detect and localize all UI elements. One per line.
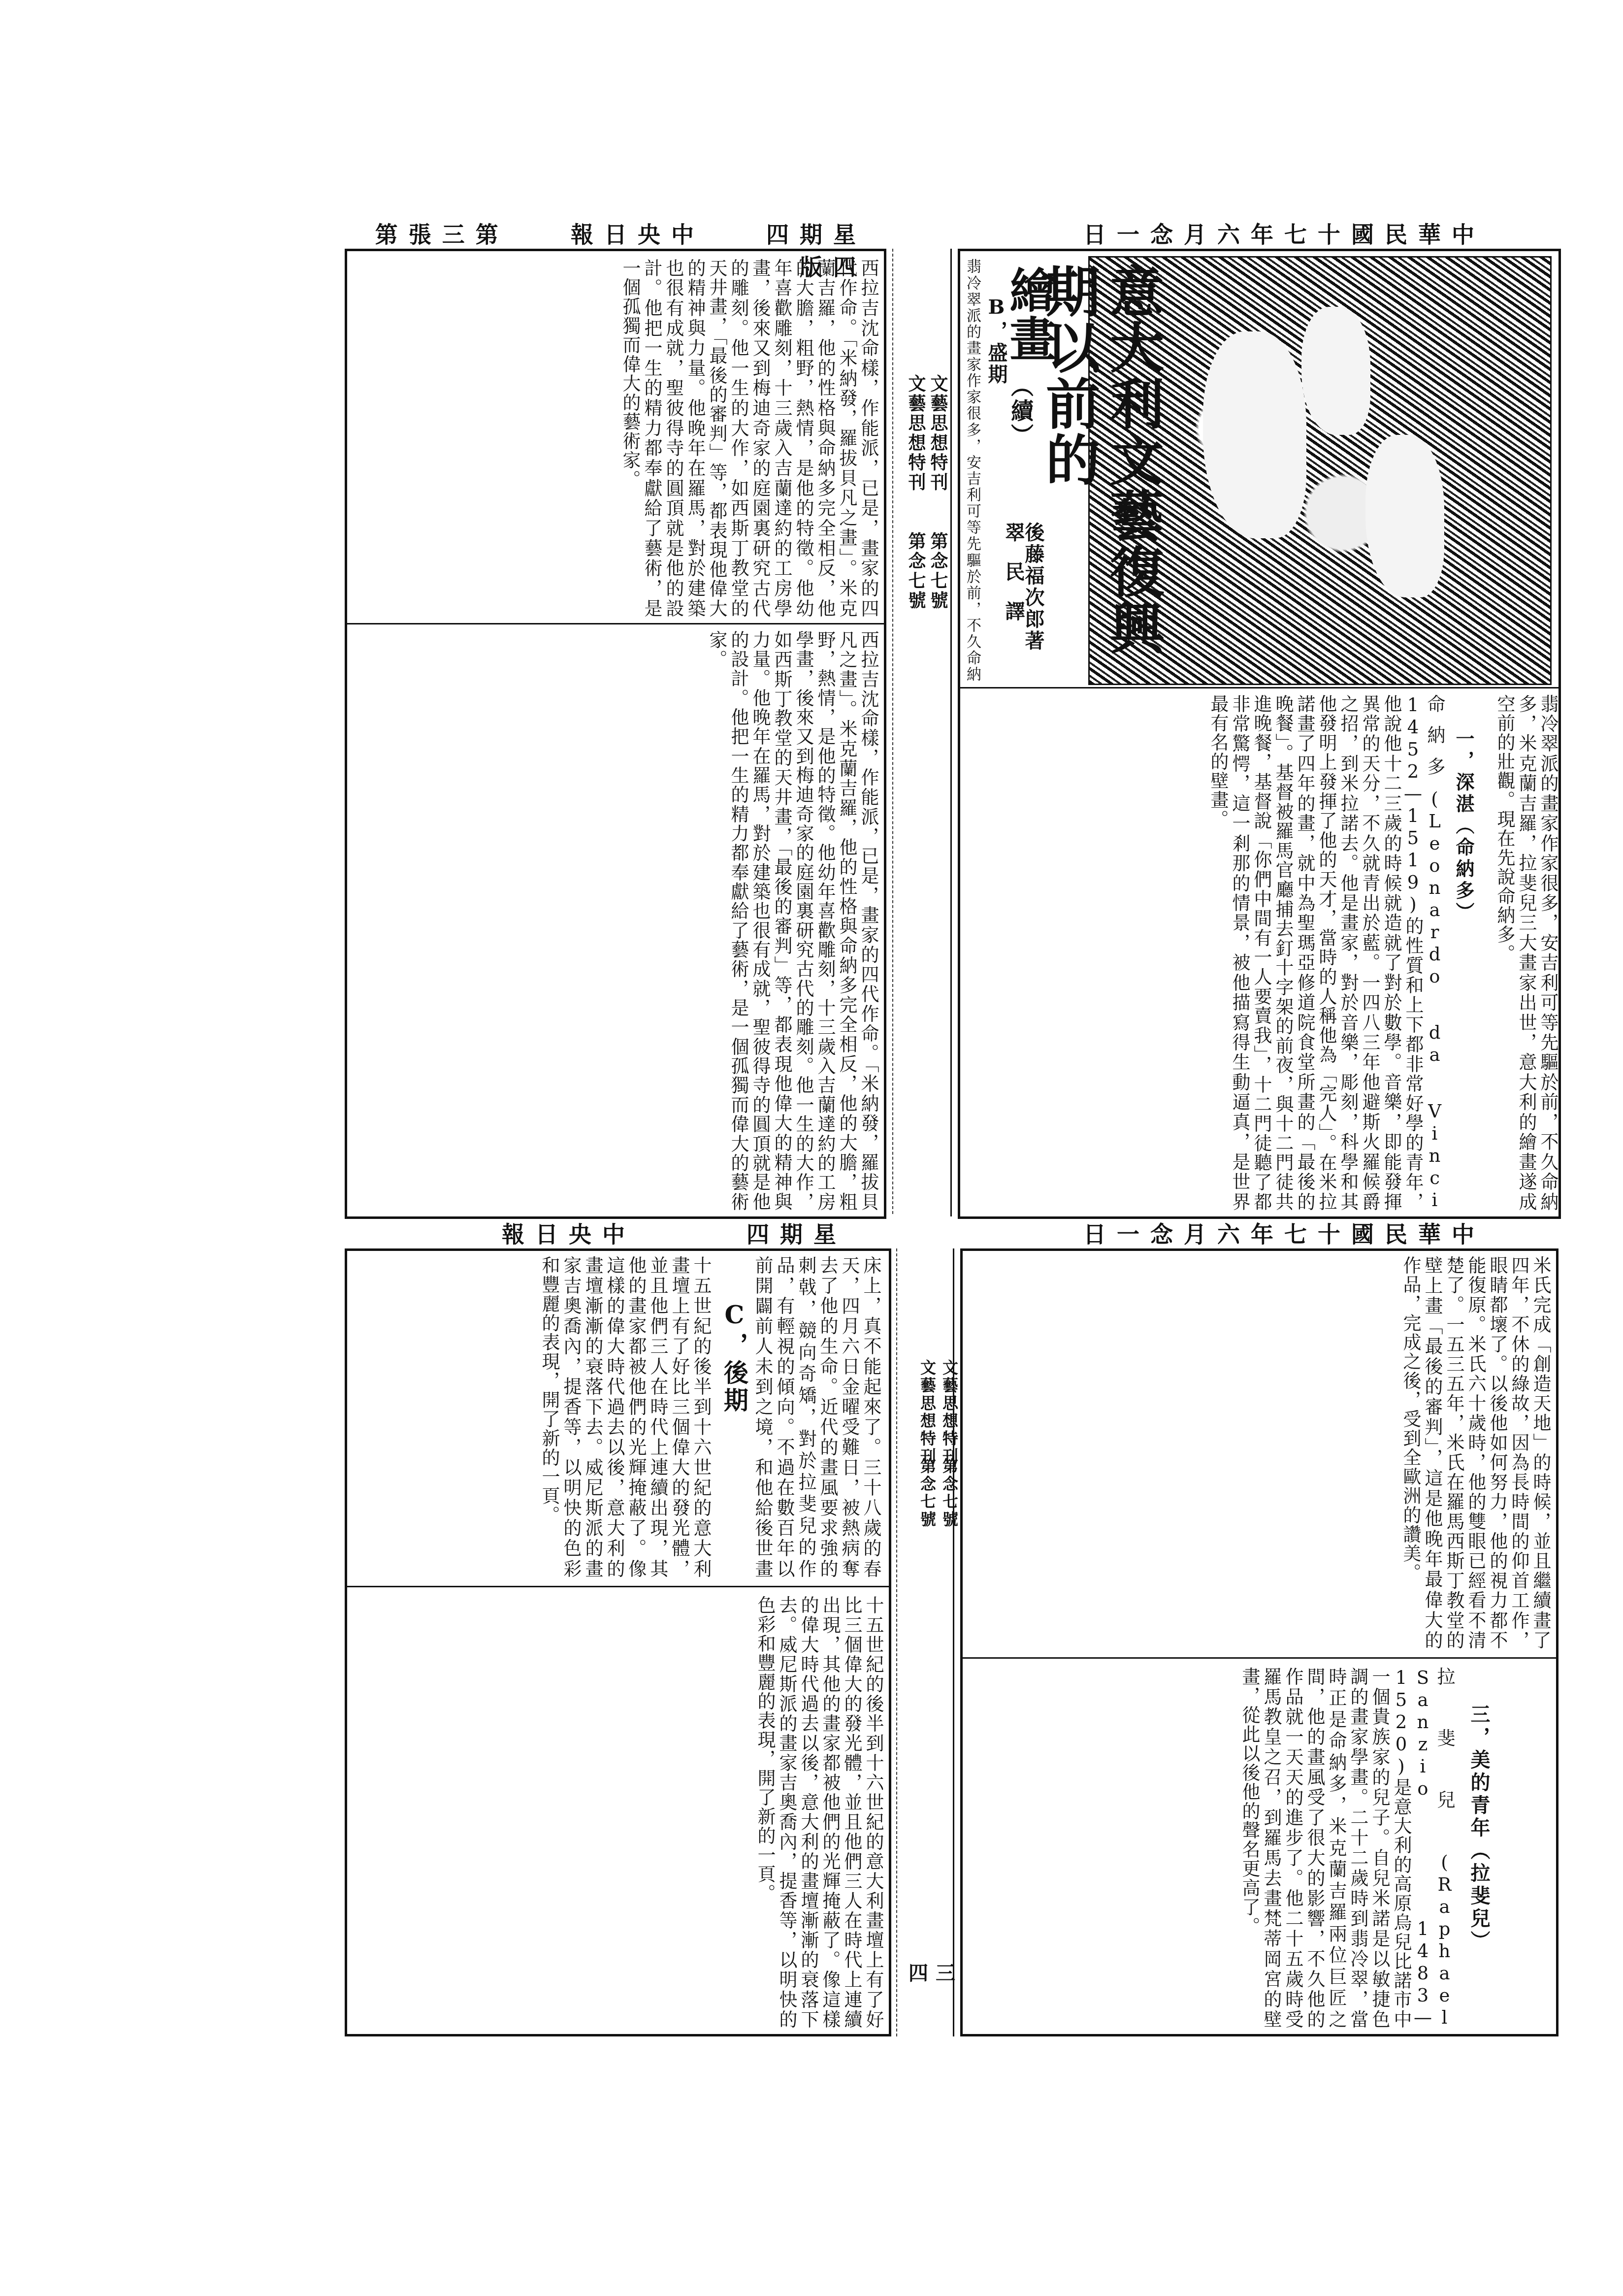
bottom-right-body-lower: 拉斐兒(Raphael Sanzio 1483—1520)是意大利的高原烏兒比諾… <box>968 1667 1455 2029</box>
bottom-left-header: 星期四 中央日報 <box>404 1216 847 1249</box>
top-left-mid-rule <box>347 623 884 624</box>
top-right-mid-rule <box>960 687 1558 689</box>
bottom-left-body-upper-left: 十五世紀的後半到十六世紀的意大利畫壇上有了好比三個偉大的發光體，並且他們三人在時… <box>352 1256 712 1578</box>
translator-credit: 翠民譯 <box>1000 522 1028 640</box>
issue-number: 第念七號 <box>938 1458 961 1529</box>
subsection-label: B，盛期 <box>982 295 1010 386</box>
section-heading-raphael: 三，美的青年（拉斐兒） <box>1465 1704 1493 1953</box>
issue-number: 第念七號 <box>926 532 951 611</box>
top-left-body-upper: 西拉吉沈命樣，作能派，已是，畫家的四代作命。「米納發，羅拔貝凡之畫」。米克蘭吉羅… <box>352 259 879 618</box>
special-issue-label: 文藝思想特刊 <box>904 374 929 492</box>
paper-name: 中央日報 <box>571 221 705 248</box>
figure-shape <box>1365 435 1444 597</box>
bottom-left-body-upper-right: 床上，真不能起來了。三十八歲的春天，四月六日金曜受難日，被熱病奪去了他的生命。近… <box>753 1256 881 1578</box>
special-issue-label: 文藝思想特刊 <box>916 1359 939 1466</box>
top-left-body-lower: 西拉吉沈命樣，作能派，已是，畫家的四代作命。「米納發，羅拔貝凡之畫」。米克蘭吉羅… <box>352 630 879 1212</box>
bottom-right-body-upper: 米氏完成「創造天地」的時候，並且繼續畫了四年，不休的綠故，因為長時間的仰首工作，… <box>968 1256 1551 1650</box>
figure-shape <box>1203 331 1306 538</box>
top-right-body: 命納多(Leonardo da Vinci 1452—1519)的性質和上下都非… <box>965 694 1445 1212</box>
gutter-dash <box>892 249 893 1214</box>
weekday-label: 星期四 <box>766 221 867 248</box>
page-number-right: 三 <box>936 1958 955 1986</box>
section-heading-late-period: C，後期 <box>716 1300 752 1415</box>
intro-column: 翡冷翠派的畫家作家很多，安吉利可等先驅於前，不久命納多，米克蘭吉羅，拉斐兒三大畫… <box>963 259 981 682</box>
issue-number: 第念七號 <box>916 1458 939 1529</box>
special-issue-label: 文藝思想特刊 <box>938 1359 961 1466</box>
paper-name: 中央日報 <box>502 1221 636 1247</box>
bottom-right-mid-rule <box>963 1657 1556 1659</box>
bottom-left-mid-rule <box>347 1586 889 1587</box>
figure-shape <box>1301 307 1370 435</box>
page-number-left: 四 <box>909 1958 928 1986</box>
bottom-right-date-header: 中華民國十七年六月念一日 <box>1083 1216 1485 1249</box>
top-right-date-header: 中華民國十七年六月念一日 <box>1083 217 1485 249</box>
bottom-left-body-lower: 十五世紀的後半到十六世紀的意大利畫壇上有了好比三個偉大的發光體，並且他們三人在時… <box>352 1596 884 2029</box>
section-heading-leonardo: 一，深湛（命納多） <box>1450 729 1477 924</box>
special-issue-label: 文藝思想特刊 <box>926 374 951 492</box>
weekday-label: 星期四 <box>747 1221 847 1247</box>
issue-number: 第念七號 <box>904 532 929 611</box>
top-right-body-intro: 翡冷翠派的畫家作家很多，安吉利可等先驅於前，不久命納多，米克蘭吉羅，拉斐兒三大畫… <box>1494 694 1558 1212</box>
gutter-dash <box>896 1248 897 2036</box>
